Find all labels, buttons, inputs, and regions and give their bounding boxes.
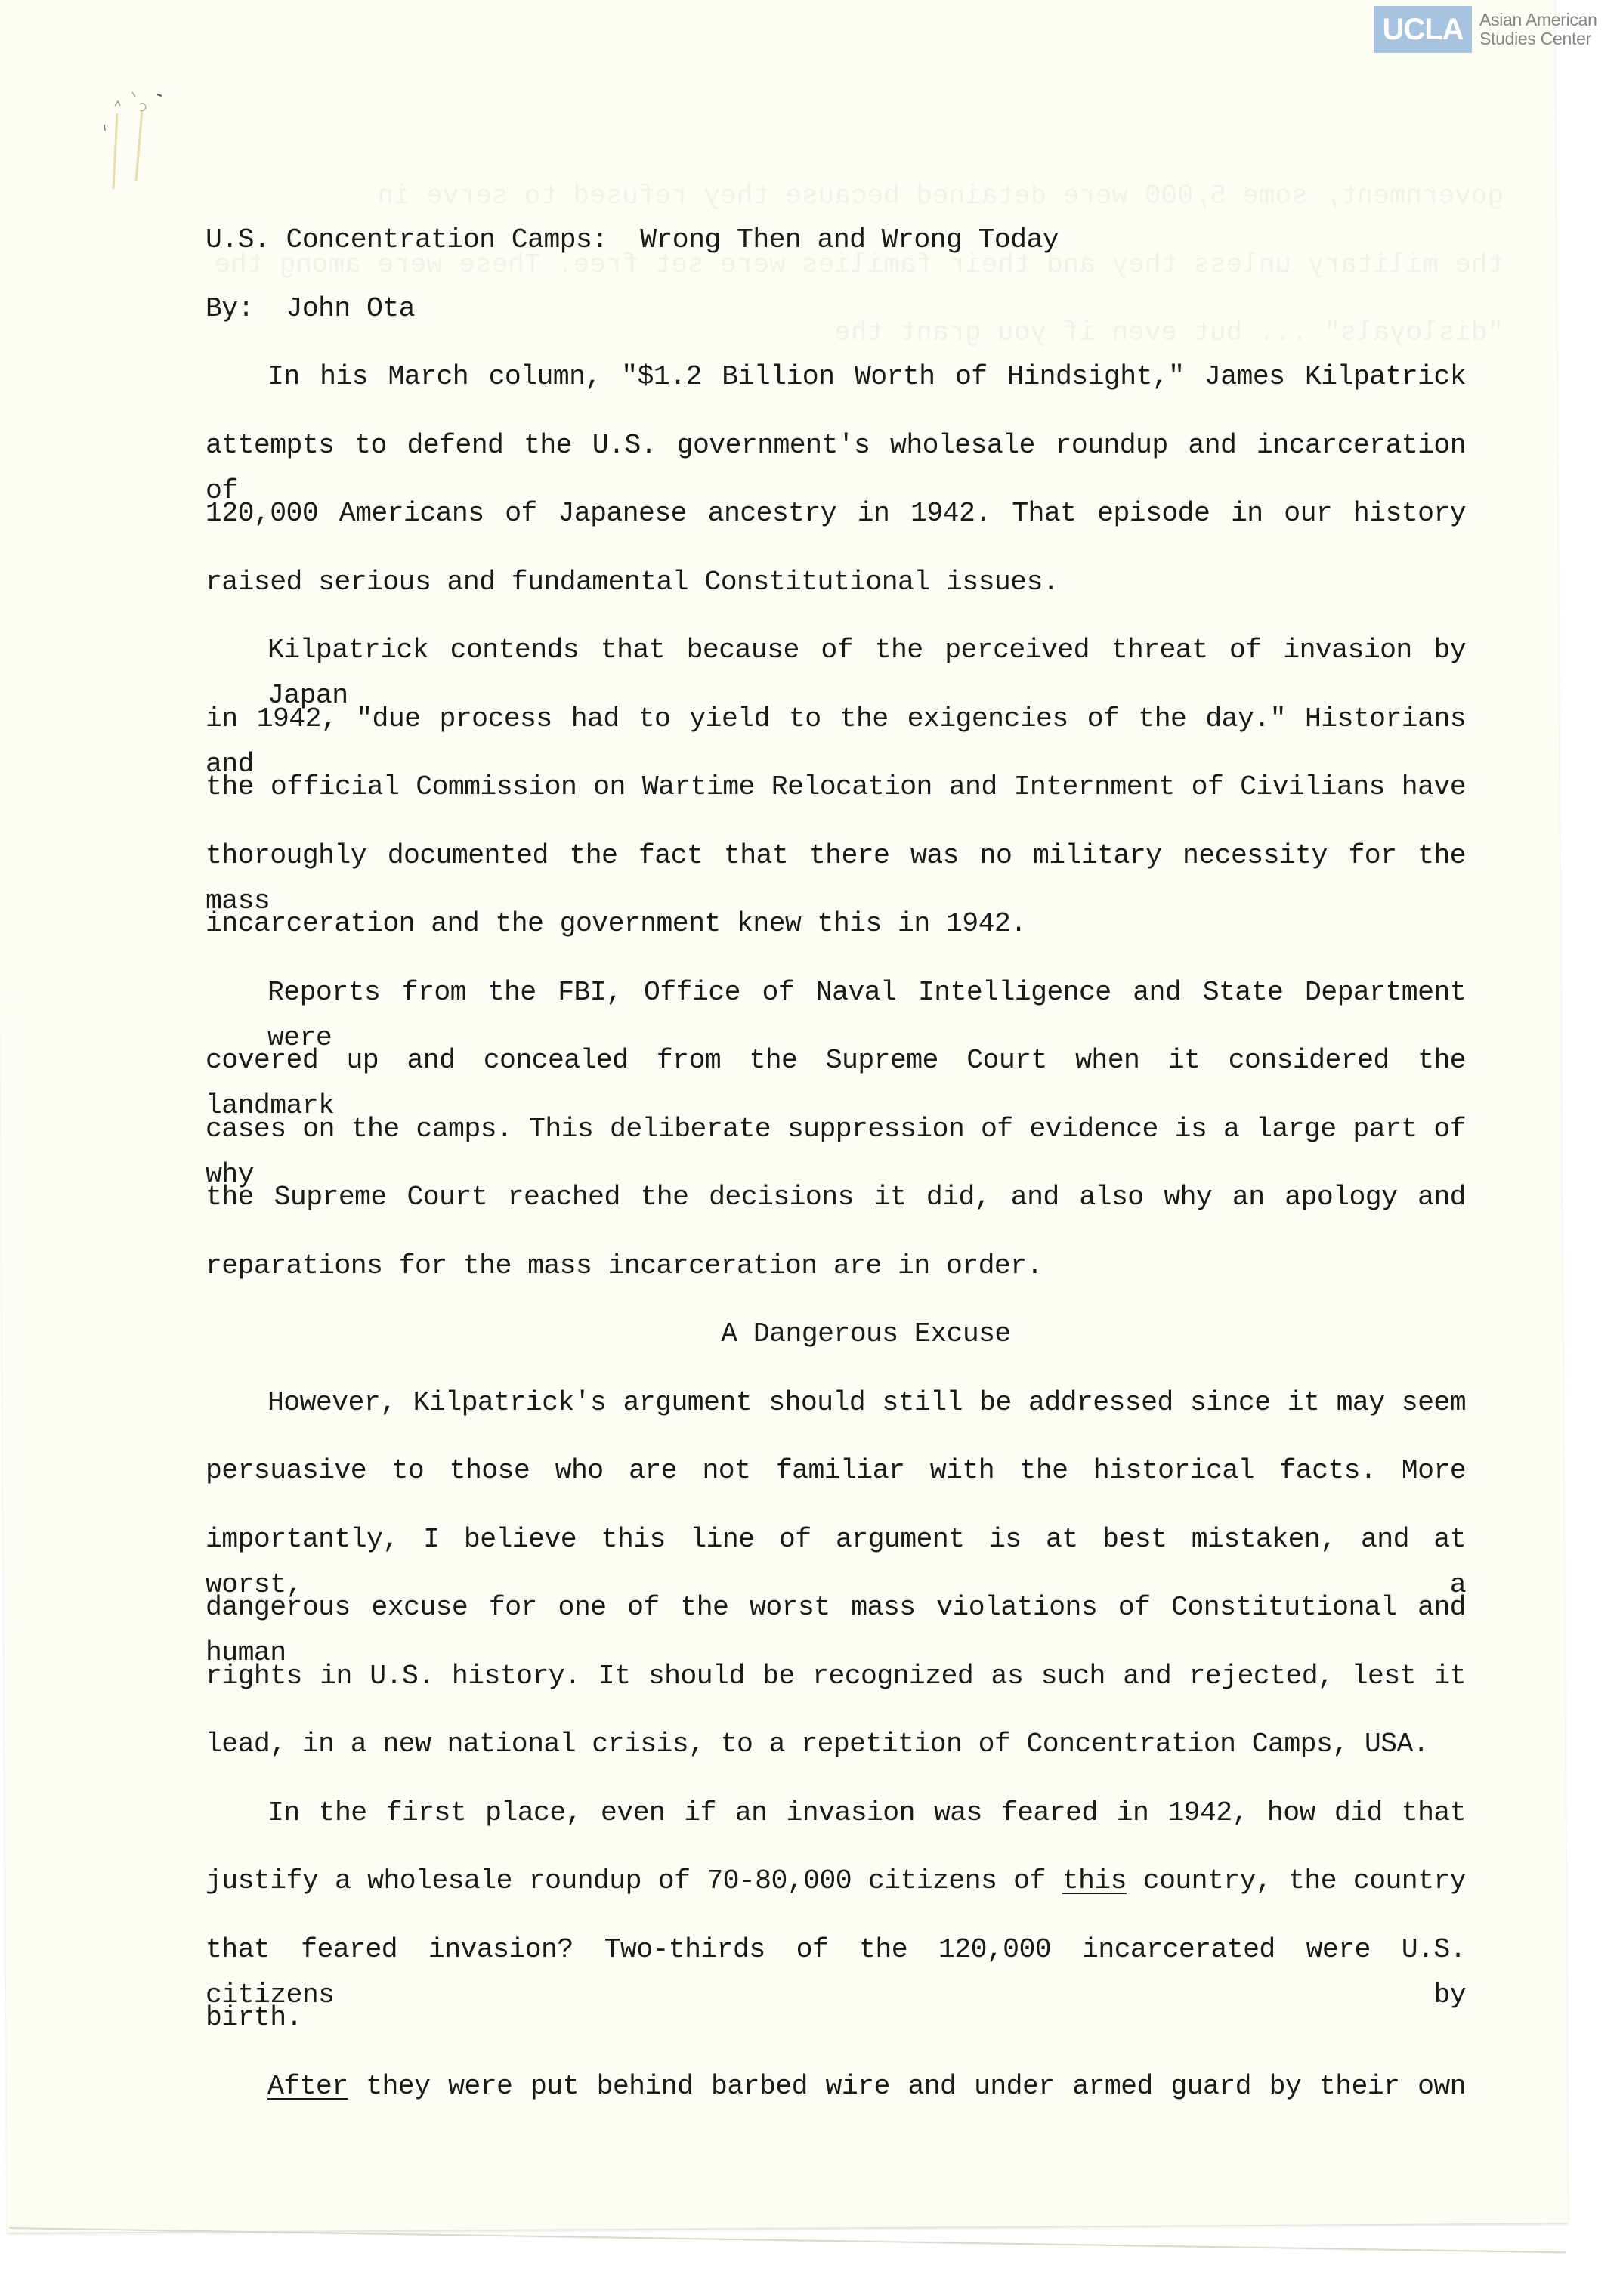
article-byline: By: John Ota: [206, 286, 1466, 355]
text-line: Kilpatrick contends that because of the …: [206, 628, 1466, 697]
text-line-with-emphasis: After they were put behind barbed wire a…: [206, 2064, 1466, 2133]
text-line: lead, in a new national crisis, to a rep…: [206, 1722, 1466, 1791]
text-line: In his March column, "$1.2 Billion Worth…: [206, 354, 1466, 423]
logo-caption: Asian American Studies Center: [1479, 11, 1597, 48]
underlined-word: this: [1062, 1865, 1127, 1896]
logo-caption-line-1: Asian American: [1479, 11, 1597, 29]
text-line: rights in U.S. history. It should be rec…: [206, 1654, 1466, 1723]
margin-scribble-mark: [98, 83, 174, 196]
text-line: covered up and concealed from the Suprem…: [206, 1038, 1466, 1107]
text-line: dangerous excuse for one of the worst ma…: [206, 1585, 1466, 1654]
paragraph-1: In his March column, "$1.2 Billion Worth…: [206, 354, 1466, 628]
text-line: in 1942, "due process had to yield to th…: [206, 697, 1466, 765]
paragraph-5: In the first place, even if an invasion …: [206, 1791, 1466, 2064]
section-heading: A Dangerous Excuse: [206, 1312, 1466, 1380]
text-line: In the first place, even if an invasion …: [206, 1791, 1466, 1859]
text-line: raised serious and fundamental Constitut…: [206, 560, 1466, 629]
text-line: Reports from the FBI, Office of Naval In…: [206, 970, 1466, 1039]
text-line: the official Commission on Wartime Reloc…: [206, 765, 1466, 833]
text-line: reparations for the mass incarceration a…: [206, 1244, 1466, 1312]
article-title: U.S. Concentration Camps: Wrong Then and…: [206, 218, 1466, 286]
text-line: However, Kilpatrick's argument should st…: [206, 1380, 1466, 1449]
text-line: thoroughly documented the fact that ther…: [206, 833, 1466, 902]
text-line: attempts to defend the U.S. government's…: [206, 423, 1466, 492]
text-line: the Supreme Court reached the decisions …: [206, 1175, 1466, 1244]
text-line: cases on the camps. This deliberate supp…: [206, 1107, 1466, 1176]
ucla-logo-mark: UCLA: [1374, 6, 1472, 53]
ucla-aasc-logo: UCLA Asian American Studies Center: [1374, 6, 1597, 53]
text-line: that feared invasion? Two-thirds of the …: [206, 1927, 1466, 1996]
underlined-word: After: [267, 2071, 348, 2102]
paragraph-4: However, Kilpatrick's argument should st…: [206, 1380, 1466, 1791]
paragraph-2: Kilpatrick contends that because of the …: [206, 628, 1466, 970]
text-segment: they were put behind barbed wire and und…: [348, 2071, 1466, 2102]
text-segment: country, the country: [1127, 1865, 1466, 1896]
text-line-with-emphasis: justify a wholesale roundup of 70-80,000…: [206, 1859, 1466, 1927]
text-line: incarceration and the government knew th…: [206, 901, 1466, 970]
text-segment: justify a wholesale roundup of 70-80,000…: [206, 1865, 1062, 1896]
logo-caption-line-2: Studies Center: [1479, 29, 1597, 48]
text-line: 120,000 Americans of Japanese ancestry i…: [206, 491, 1466, 560]
paragraph-3: Reports from the FBI, Office of Naval In…: [206, 970, 1466, 1312]
paper-edge: [9, 2227, 1566, 2253]
text-line: persuasive to those who are not familiar…: [206, 1448, 1466, 1517]
text-line: importantly, I believe this line of argu…: [206, 1517, 1466, 1586]
typed-article: U.S. Concentration Camps: Wrong Then and…: [206, 218, 1466, 2132]
paragraph-6: After they were put behind barbed wire a…: [206, 2064, 1466, 2133]
